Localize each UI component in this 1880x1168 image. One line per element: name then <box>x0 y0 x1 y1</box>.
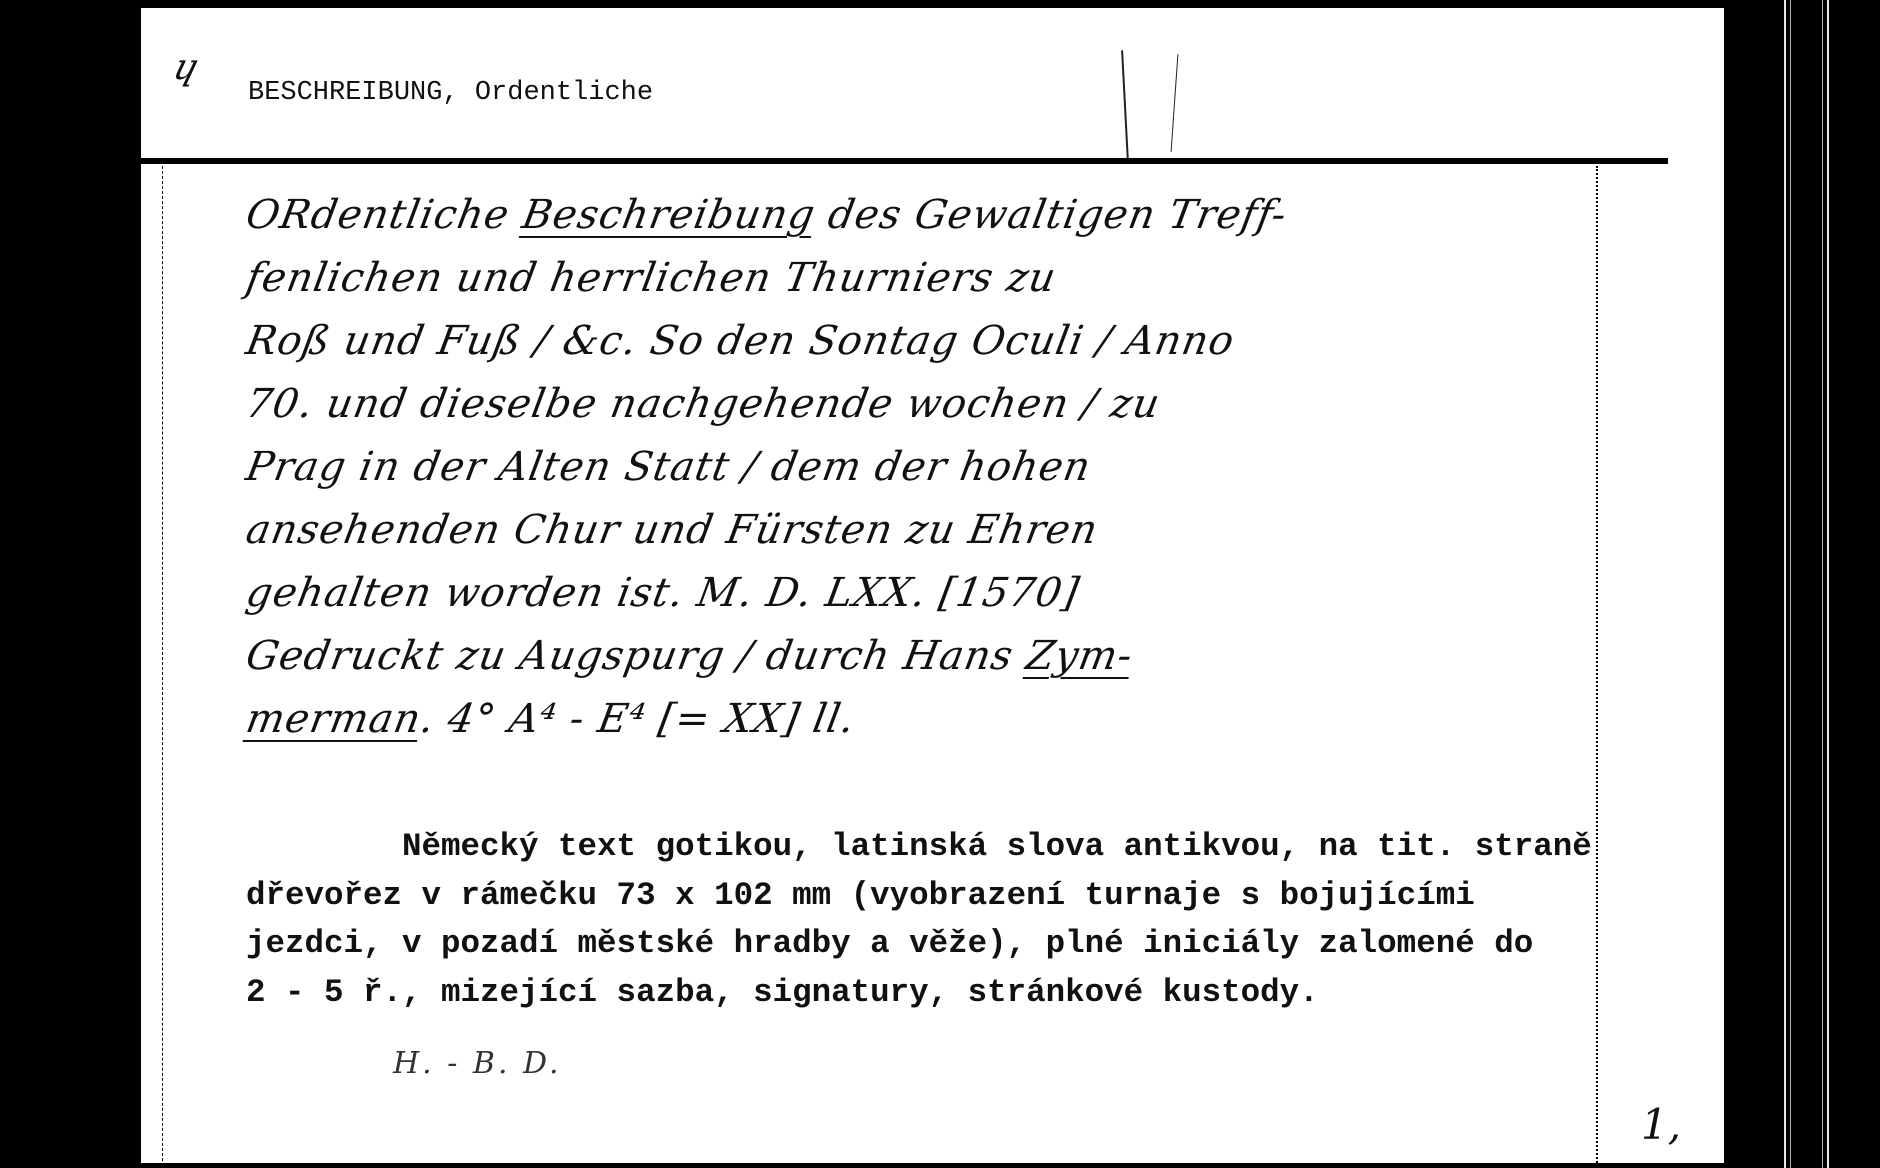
handwritten-line: Prag in der Alten Statt / dem der hohen <box>241 436 1612 499</box>
scanner-border-line <box>1827 0 1829 1168</box>
header-divider <box>141 158 1668 164</box>
typed-line: 2 - 5 ř., mizející sazba, signatury, str… <box>246 969 1724 1018</box>
corner-handwritten-mark: ɥ <box>170 50 203 86</box>
handwritten-line: merman. 4° A⁴ - E⁴ [= XX] ll. <box>241 688 1612 751</box>
handwritten-text: gehalten worden ist. M. D. LXX. [1570] <box>243 570 1083 616</box>
handwritten-underlined-text: Zym- <box>1023 633 1137 679</box>
handwritten-text: des Gewaltigen Treff- <box>811 192 1291 238</box>
handwritten-title-transcription: ORdentliche Beschreibung des Gewaltigen … <box>241 184 1601 751</box>
handwritten-text: Roß und Fuß / &c. So den Sontag Oculi / … <box>243 318 1239 364</box>
left-margin-dotted-line <box>162 166 163 1163</box>
card-heading: BESCHREIBUNG, Ordentliche <box>248 80 653 107</box>
handwritten-text: Prag in der Alten Statt / dem der hohen <box>243 444 1095 490</box>
typed-line: jezdci, v pozadí městské hradby a věže),… <box>246 920 1724 969</box>
scanner-border-line <box>1790 0 1791 1168</box>
handwritten-initials: H. - B. D. <box>393 1046 562 1081</box>
handwritten-line: fenlichen und herrlichen Thurniers zu <box>241 247 1612 310</box>
handwritten-text: Gedruckt zu Augspurg / durch Hans <box>243 633 1031 679</box>
handwritten-line: gehalten worden ist. M. D. LXX. [1570] <box>241 562 1612 625</box>
handwritten-text: fenlichen und herrlichen Thurniers zu <box>243 255 1060 301</box>
pencil-stroke-mark <box>1171 54 1179 152</box>
handwritten-line: Roß und Fuß / &c. So den Sontag Oculi / … <box>241 310 1612 373</box>
page-number-mark: 1, <box>1641 1100 1681 1149</box>
typed-line: Německý text gotikou, latinská slova ant… <box>246 823 1724 872</box>
handwritten-underlined-text: Beschreibung <box>519 192 819 238</box>
handwritten-text: ORdentliche <box>243 192 527 238</box>
scanner-border-line <box>1822 0 1823 1168</box>
pencil-stroke-mark <box>1121 50 1129 162</box>
typed-description: Německý text gotikou, latinská slova ant… <box>246 823 1724 1017</box>
typed-line: dřevořez v rámečku 73 x 102 mm (vyobraze… <box>246 872 1724 921</box>
scanner-border-line <box>1784 0 1786 1168</box>
handwritten-line: ansehenden Chur und Fürsten zu Ehren <box>241 499 1612 562</box>
handwritten-text: 70. und dieselbe nachgehende wochen / zu <box>243 381 1164 427</box>
handwritten-underlined-text: merman <box>243 696 425 742</box>
handwritten-line: 70. und dieselbe nachgehende wochen / zu <box>241 373 1612 436</box>
handwritten-line: Gedruckt zu Augspurg / durch Hans Zym- <box>241 625 1612 688</box>
handwritten-line: ORdentliche Beschreibung des Gewaltigen … <box>241 184 1612 247</box>
handwritten-text: ansehenden Chur und Fürsten zu Ehren <box>243 507 1102 553</box>
catalog-card: ɥ BESCHREIBUNG, Ordentliche ORdentliche … <box>141 8 1724 1163</box>
handwritten-text: . 4° A⁴ - E⁴ [= XX] ll. <box>417 696 859 742</box>
